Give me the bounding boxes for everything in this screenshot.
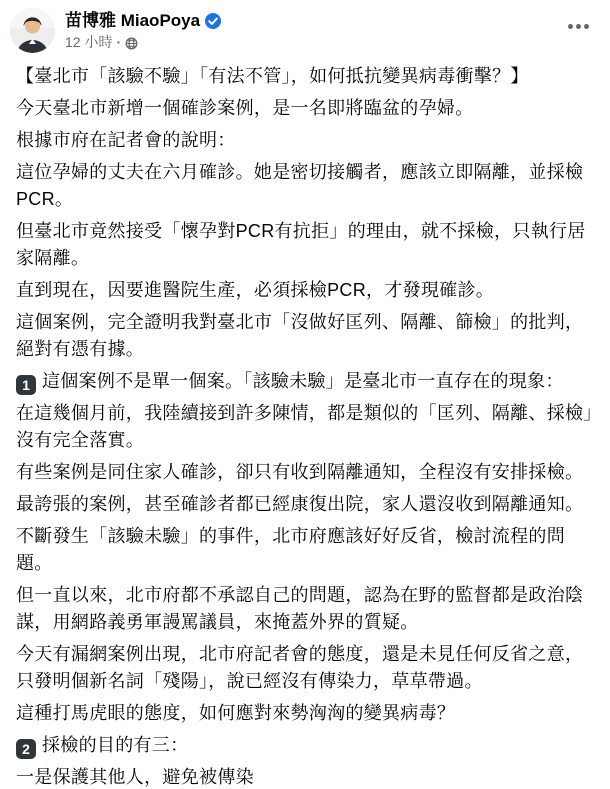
post-meta: 12 小時 ·	[65, 34, 221, 51]
author-name[interactable]: 苗博雅 MiaoPoya	[65, 10, 200, 31]
ellipsis-icon	[584, 24, 589, 29]
post-paragraph: 這種打馬虎眼的態度，如何應對來勢洶洶的變異病毒？	[16, 700, 596, 727]
keycap-2-emoji: 2	[16, 739, 36, 759]
verified-badge-icon	[205, 13, 221, 29]
post-paragraph: 1這個案例不是單一個案。「該驗未驗」是臺北市一直存在的現象：	[16, 368, 596, 395]
post-paragraph: 今天臺北市新增一個確診案例，是一名即將臨盆的孕婦。	[16, 95, 596, 122]
header-info: 苗博雅 MiaoPoya 12 小時 ·	[65, 8, 221, 51]
post-paragraph: 有些案例是同住家人確診，卻只有收到隔離通知，全程沒有安排採檢。	[16, 459, 596, 486]
globe-icon	[125, 37, 138, 50]
post-paragraph: 今天有漏網案例出現，北市府記者會的態度，還是未見任何反省之意，只發明個新名詞「殘…	[16, 641, 596, 695]
meta-separator: ·	[116, 34, 121, 51]
post-paragraph: 最誇張的案例，甚至確診者都已經康復出院，家人還沒收到隔離通知。	[16, 491, 596, 518]
ellipsis-icon	[576, 24, 581, 29]
post-body: 【臺北市「該驗不驗」「有法不管」，如何抵抗變異病毒衝擊？】今天臺北市新增一個確診…	[0, 53, 610, 789]
ellipsis-icon	[568, 24, 573, 29]
keycap-1-emoji: 1	[16, 375, 36, 395]
post-paragraph: 一是保護其他人，避免被傳染	[16, 764, 596, 789]
post-paragraph: 但一直以來，北市府都不承認自己的問題，認為在野的監督都是政治陰謀，用網路義勇軍謾…	[16, 582, 596, 636]
avatar[interactable]	[10, 8, 55, 53]
post-paragraph: 不斷發生「該驗未驗」的事件，北市府應該好好反省，檢討流程的問題。	[16, 523, 596, 577]
post-paragraph: 在這幾個月前，我陸續接到許多陳情，都是類似的「匡列、隔離、採檢」沒有完全落實。	[16, 400, 596, 454]
post-paragraph: 這位孕婦的丈夫在六月確診。她是密切接觸者，應該立即隔離，並採檢PCR。	[16, 159, 596, 213]
post-header: 苗博雅 MiaoPoya 12 小時 ·	[0, 0, 610, 53]
post-paragraph: 這個案例，完全證明我對臺北市「沒做好匡列、隔離、篩檢」的批判，絕對有憑有據。	[16, 309, 596, 363]
post-paragraph: 【臺北市「該驗不驗」「有法不管」，如何抵抗變異病毒衝擊？】	[16, 63, 596, 90]
post-paragraph: 直到現在，因要進醫院生產，必須採檢PCR，才發現確診。	[16, 277, 596, 304]
post-paragraph: 2採檢的目的有三：	[16, 732, 596, 759]
author-row: 苗博雅 MiaoPoya	[65, 10, 221, 31]
post-paragraph: 根據市府在記者會的說明：	[16, 127, 596, 154]
facebook-post-card: 苗博雅 MiaoPoya 12 小時 ·	[0, 0, 610, 789]
more-options-button[interactable]	[560, 12, 596, 40]
post-paragraph: 但臺北市竟然接受「懷孕對PCR有抗拒」的理由，就不採檢，只執行居家隔離。	[16, 218, 596, 272]
timestamp[interactable]: 12 小時	[65, 34, 112, 51]
profile-photo	[10, 8, 55, 53]
